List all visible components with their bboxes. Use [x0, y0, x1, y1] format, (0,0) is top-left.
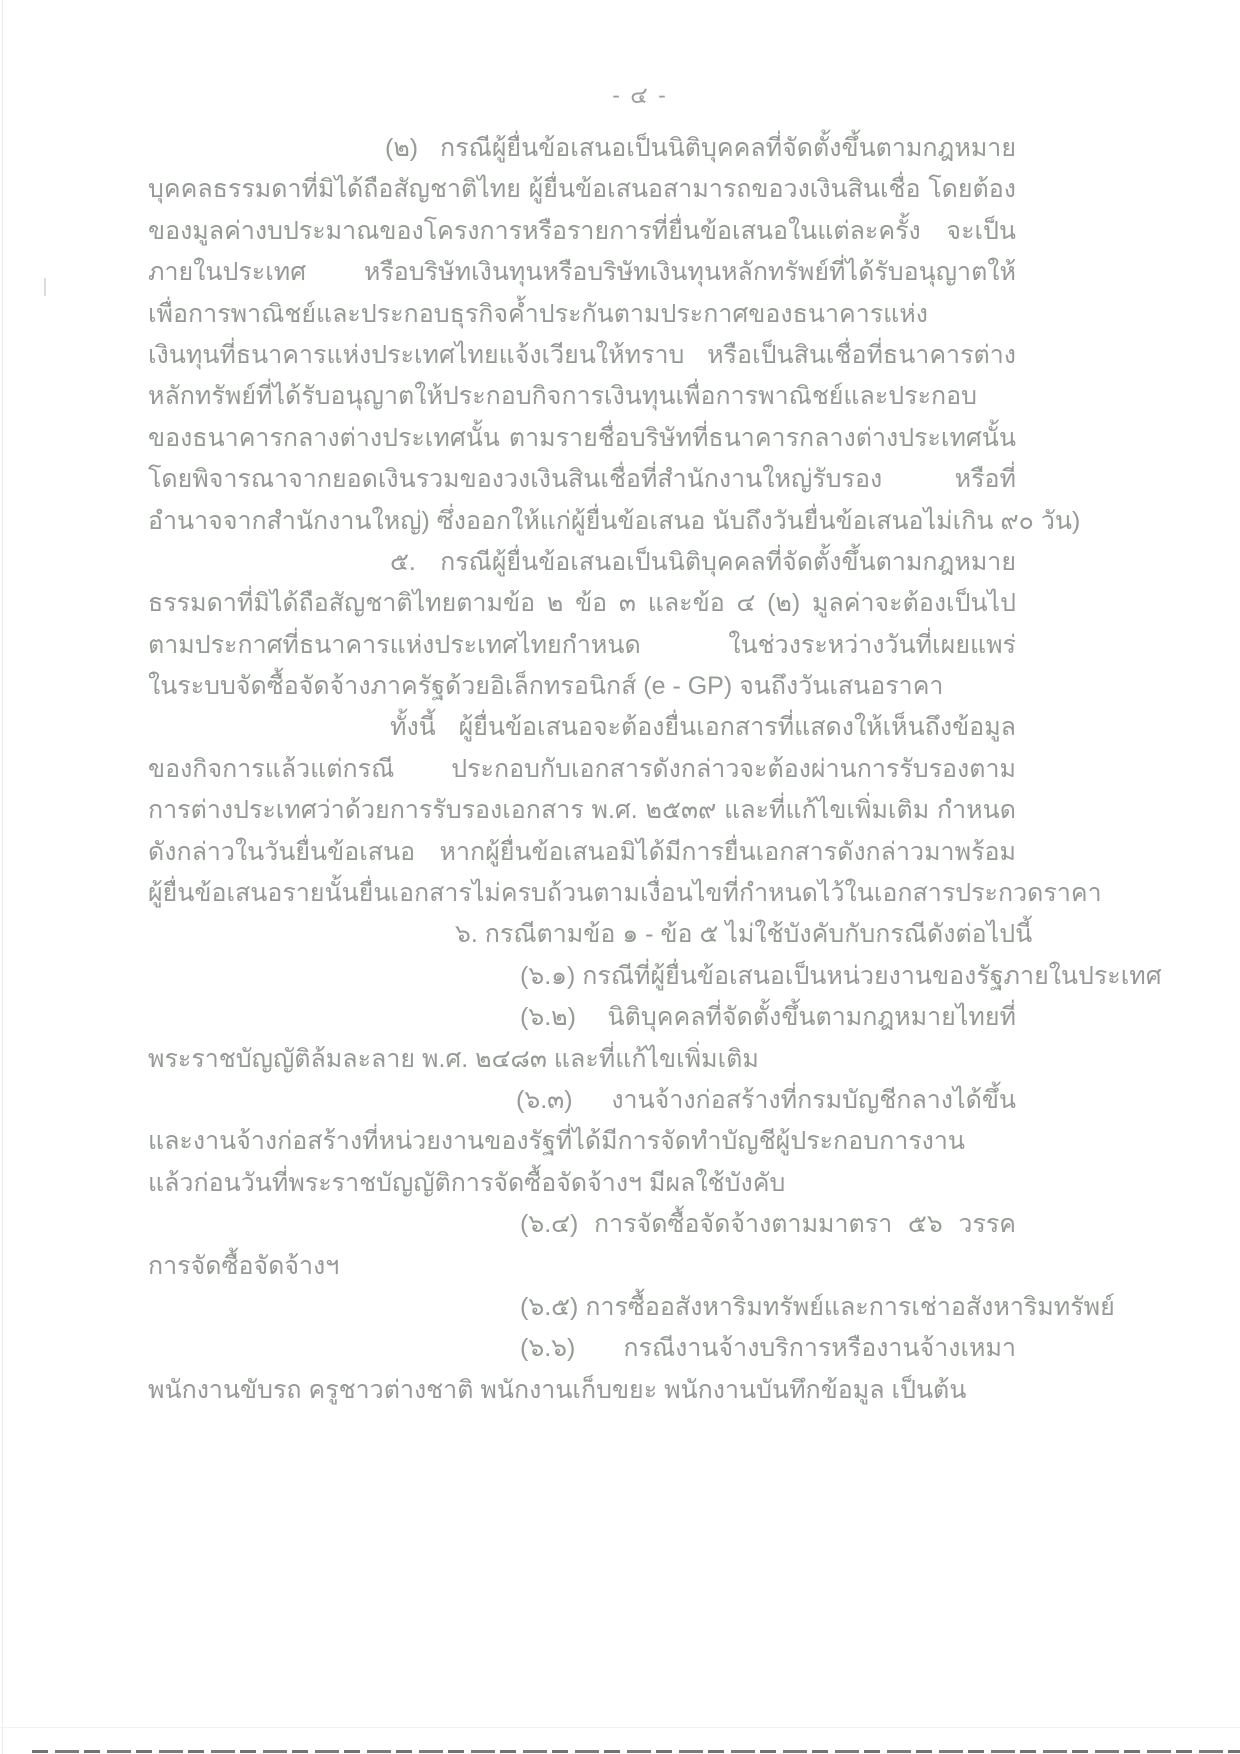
text-line: (๖.๕) การซื้ออสังหาริมทรัพย์และการเช่าอส… [148, 1287, 1016, 1328]
text-line: และงานจ้างก่อสร้างที่หน่วยงานของรัฐที่ได… [148, 1121, 1016, 1162]
text-line: แล้วก่อนวันที่พระราชบัญญัติการจัดซื้อจัด… [148, 1163, 1016, 1204]
scan-artifact-left-edge [2, 0, 3, 1754]
scan-artifact-speck [44, 278, 46, 296]
text-line: ของกิจการแล้วแต่กรณี ประกอบกับเอกสารดังก… [148, 749, 1016, 790]
text-line: พระราชบัญญัติล้มละลาย พ.ศ. ๒๔๘๓ และที่แก… [148, 1039, 1016, 1080]
text-line: ของมูลค่างบประมาณของโครงการหรือรายการที่… [148, 211, 1016, 252]
scan-artifact-bottom-edge [32, 1750, 1240, 1753]
text-line: พนักงานขับรถ ครูชาวต่างชาติ พนักงานเก็บข… [148, 1370, 1016, 1411]
text-line: การต่างประเทศว่าด้วยการรับรองเอกสาร พ.ศ.… [148, 790, 1016, 831]
text-line: บุคคลธรรมดาที่มิได้ถือสัญชาติไทย ผู้ยื่น… [148, 169, 1016, 210]
text-line: เพื่อการพาณิชย์และประกอบธุรกิจค้ำประกันต… [148, 294, 1016, 335]
text-line: (๖.๓) งานจ้างก่อสร้างที่กรมบัญชีกลางได้ข… [148, 1080, 1016, 1121]
text-line: ตามประกาศที่ธนาคารแห่งประเทศไทยกำหนด ในช… [148, 625, 1016, 666]
text-line: ของธนาคารกลางต่างประเทศนั้น ตามรายชื่อบร… [148, 418, 1016, 459]
text-line: ๕. กรณีผู้ยื่นข้อเสนอเป็นนิติบุคคลที่จัด… [148, 542, 1016, 583]
text-line: (๖.๑) กรณีที่ผู้ยื่นข้อเสนอเป็นหน่วยงานข… [148, 956, 1016, 997]
text-line: อำนาจจากสำนักงานใหญ่) ซึ่งออกให้แก่ผู้ยื… [148, 501, 1016, 542]
text-line: ดังกล่าวในวันยื่นข้อเสนอ หากผู้ยื่นข้อเส… [148, 832, 1016, 873]
text-line: เงินทุนที่ธนาคารแห่งประเทศไทยแจ้งเวียนให… [148, 335, 1016, 376]
text-line: ทั้งนี้ ผู้ยื่นข้อเสนอจะต้องยื่นเอกสารที… [148, 707, 1016, 748]
text-line: ในระบบจัดซื้อจัดจ้างภาครัฐด้วยอิเล็กทรอน… [148, 666, 1016, 707]
scan-artifact-bottom-faint-line [0, 1727, 1240, 1728]
text-line: ธรรมดาที่มิได้ถือสัญชาติไทยตามข้อ ๒ ข้อ … [148, 583, 1016, 624]
text-line: การจัดซื้อจัดจ้างฯ [148, 1246, 1016, 1287]
text-line: ๖. กรณีตามข้อ ๑ - ข้อ ๕ ไม่ใช้บังคับกับก… [148, 914, 1016, 955]
text-line: (๖.๒) นิติบุคคลที่จัดตั้งขึ้นตามกฎหมายไท… [148, 997, 1016, 1038]
document-body: (๒) กรณีผู้ยื่นข้อเสนอเป็นนิติบุคคลที่จั… [148, 128, 1016, 1411]
document-page: - ๔ - (๒) กรณีผู้ยื่นข้อเสนอเป็นนิติบุคค… [0, 0, 1240, 1754]
text-line: ภายในประเทศ หรือบริษัทเงินทุนหรือบริษัทเ… [148, 252, 1016, 293]
text-line: ผู้ยื่นข้อเสนอรายนั้นยื่นเอกสารไม่ครบถ้ว… [148, 873, 1016, 914]
text-line: (๒) กรณีผู้ยื่นข้อเสนอเป็นนิติบุคคลที่จั… [148, 128, 1016, 169]
text-line: หลักทรัพย์ที่ได้รับอนุญาตให้ประกอบกิจการ… [148, 376, 1016, 417]
page-number: - ๔ - [0, 78, 1240, 114]
text-line: โดยพิจารณาจากยอดเงินรวมของวงเงินสินเชื่อ… [148, 459, 1016, 500]
text-line: (๖.๔) การจัดซื้อจัดจ้างตามมาตรา ๕๖ วรรคห… [148, 1204, 1016, 1245]
text-line: (๖.๖) กรณีงานจ้างบริการหรืองานจ้างเหมาบร… [148, 1328, 1016, 1369]
